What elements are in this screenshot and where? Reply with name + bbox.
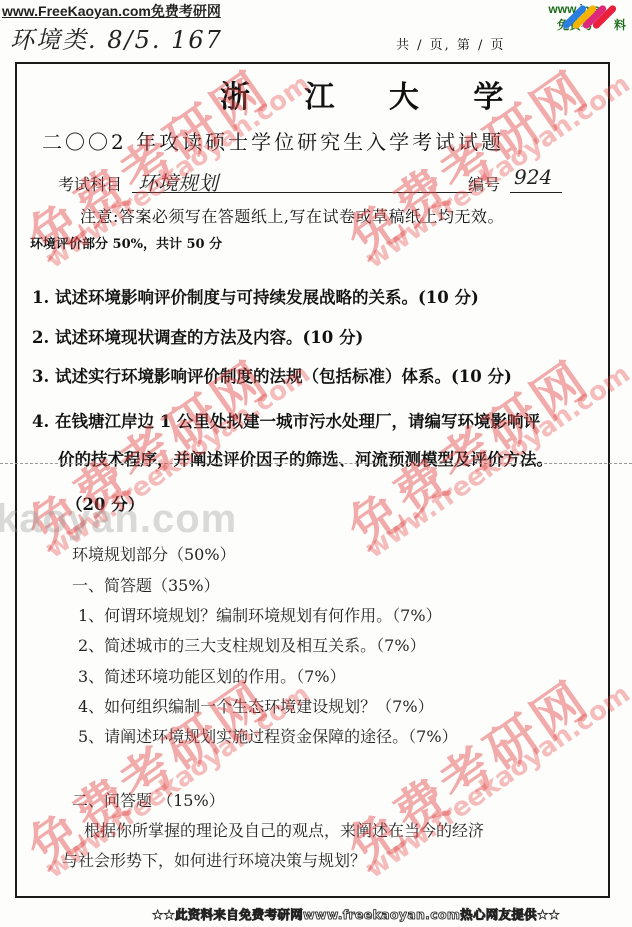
- short-question-4: 4、如何组织编制一个生态环境建设规划？（7%）: [78, 694, 434, 717]
- scan-artifact-line: [0, 463, 632, 464]
- planning-heading: 环境规划部分（50%）: [72, 542, 236, 565]
- code-underline: [510, 192, 562, 193]
- short-question-5: 5、请阐述环境规划实施过程资金保障的途径。（7%）: [78, 724, 458, 747]
- short-answer-section: 一、简答题（35%）: [72, 573, 220, 596]
- assessment-question-3: 3. 试述实行环境影响评价制度的法规（包括标准）体系。(10 分): [32, 363, 512, 387]
- assessment-question-4-cont: 价的技术程序，并阐述评价因子的筛选、河流预测模型及评价方法。: [58, 446, 553, 470]
- university-name: 浙 江 大 学: [220, 72, 525, 116]
- page-count: 共 / 页, 第 / 页: [396, 34, 506, 53]
- code-label: 编号: [468, 172, 500, 195]
- essay-section: 二、问答题 （15%）: [72, 788, 225, 811]
- short-question-1: 1、何谓环境规划？编制环境规划有何作用。（7%）: [78, 603, 442, 626]
- assessment-question-2: 2. 试述环境现状调查的方法及内容。(10 分): [32, 324, 363, 348]
- essay-question-line-2: 与社会形势下，如何进行环境决策与规划？: [62, 848, 366, 871]
- footer-credit: ★★此资料来自免费考研网www.freekaoyan.com热心网友提供★★: [152, 905, 560, 923]
- watermark-gray: kaoyan.com: [0, 497, 237, 542]
- exam-title: 二〇〇2 年攻读硕士学位研究生入学考试试题: [42, 126, 504, 155]
- short-question-3: 3、简述环境功能区划的作用。（7%）: [78, 664, 346, 687]
- subject-value: 环境规划: [138, 167, 218, 196]
- site-link[interactable]: www.FreeKaoyan.com免费考研网: [2, 1, 221, 21]
- handwritten-note: 环境类. 8/5. 167: [10, 20, 223, 55]
- assessment-question-4: 4. 在钱塘江岸边 1 公里处拟建一城市污水处理厂，请编写环境影响评: [32, 408, 540, 432]
- site-logo: www.ima 免费考 料: [540, 0, 630, 34]
- assessment-question-1: 1. 试述环境影响评价制度与可持续发展战略的关系。(10 分): [32, 284, 479, 308]
- subject-label: 考试科目: [58, 172, 122, 195]
- short-question-2: 2、简述城市的三大支柱规划及相互关系。（7%）: [78, 633, 426, 656]
- assessment-heading: 环境评价部分 50%，共计 50 分: [30, 233, 222, 252]
- essay-question-line-1: 根据你所掌握的理论及自己的观点，来阐述在当今的经济: [84, 818, 484, 841]
- exam-notice: 注意:答案必须写在答题纸上,写在试卷或草稿纸上均无效。: [80, 204, 504, 227]
- code-value: 924: [514, 165, 552, 189]
